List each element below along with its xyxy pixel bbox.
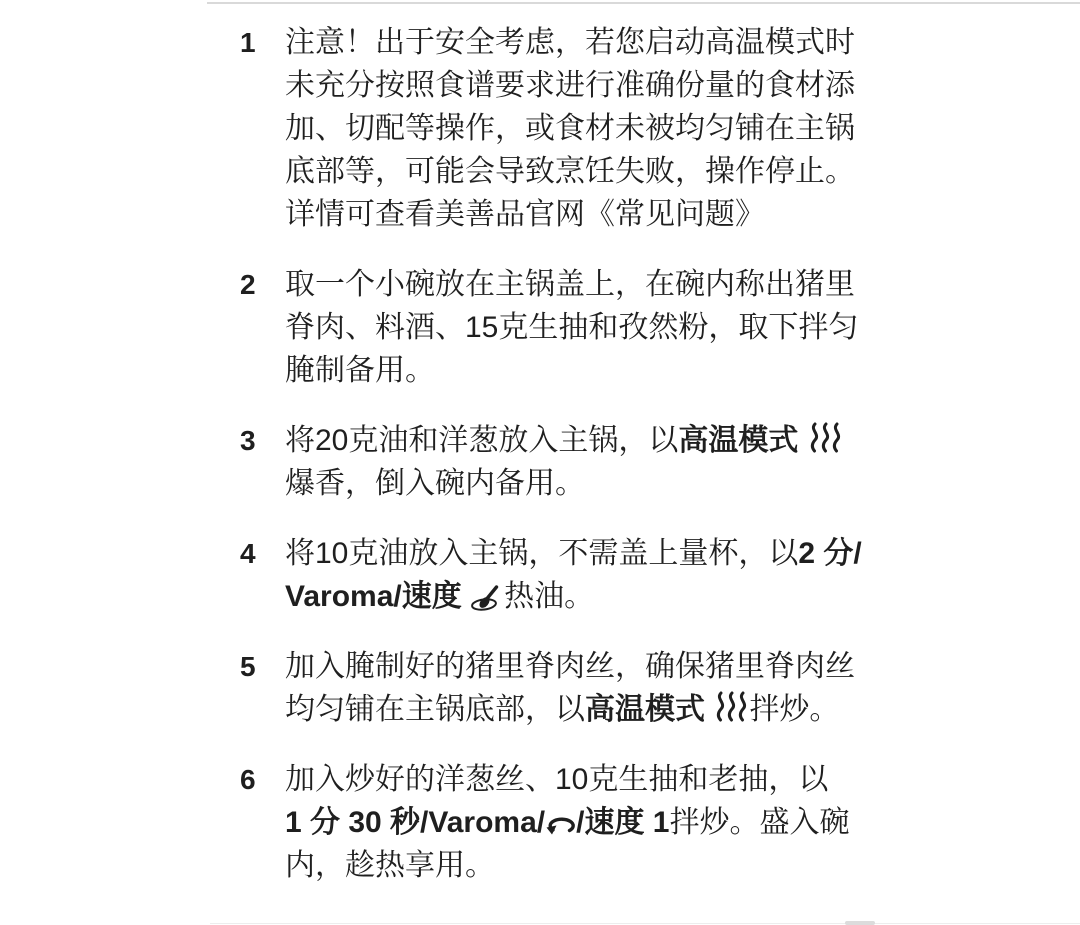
step-text-line: 爆香，倒入碗内备用。 <box>285 462 843 505</box>
step-text-line: 腌制备用。 <box>285 349 858 392</box>
step-text-segment: 拌炒。盛入碗 <box>670 806 850 839</box>
step-text-line: 详情可查看美善品官网《常见问题》 <box>285 193 855 236</box>
step-row: 3将20克油和洋葱放入主锅，以高温模式 爆香，倒入碗内备用。 <box>240 419 1080 505</box>
step-number: 4 <box>240 532 285 618</box>
step-text-segment: /速度 1 <box>576 806 669 839</box>
step-text: 将20克油和洋葱放入主锅，以高温模式 爆香，倒入碗内备用。 <box>285 419 843 505</box>
step-text: 加入炒好的洋葱丝、10克生抽和老抽，以1 分 30 秒/Varoma//速度 1… <box>285 758 850 887</box>
step-text-line: 均匀铺在主锅底部，以高温模式 拌炒。 <box>285 688 855 731</box>
step-number: 3 <box>240 419 285 505</box>
step-text-line: 注意！出于安全考虑，若您启动高温模式时 <box>285 21 855 64</box>
top-divider <box>207 2 1080 4</box>
step-text-segment: 内，趁热享用。 <box>285 849 495 882</box>
step-text-line: 1 分 30 秒/Varoma//速度 1拌炒。盛入碗 <box>285 801 850 844</box>
step-text-segment: 注意！出于安全考虑，若您启动高温模式时 <box>285 26 855 59</box>
step-text-segment: 加、切配等操作，或食材未被均匀铺在主锅 <box>285 112 855 145</box>
step-text-line: 加入腌制好的猪里脊肉丝，确保猪里脊肉丝 <box>285 645 855 688</box>
step-number: 2 <box>240 263 285 392</box>
step-text-line: 加入炒好的洋葱丝、10克生抽和老抽，以 <box>285 758 850 801</box>
bottom-divider-notch <box>845 921 875 925</box>
step-text-segment: Varoma/速度 <box>285 580 470 613</box>
step-text-segment: 高温模式 <box>678 424 806 457</box>
recipe-steps-scroll-area[interactable]: 1注意！出于安全考虑，若您启动高温模式时未充分按照食谱要求进行准确份量的食材添加… <box>0 0 1080 887</box>
step-text-segment: 未充分按照食谱要求进行准确份量的食材添 <box>285 69 855 102</box>
bottom-divider <box>210 923 1080 924</box>
step-text-line: 将10克油放入主锅，不需盖上量杯，以2 分/ <box>285 532 862 575</box>
step-number: 1 <box>240 21 285 236</box>
step-text-segment: 爆香，倒入碗内备用。 <box>285 467 585 500</box>
step-text-segment: 均匀铺在主锅底部，以 <box>285 693 585 726</box>
step-text: 将10克油放入主锅，不需盖上量杯，以2 分/Varoma/速度 热油。 <box>285 532 862 618</box>
step-text-segment: 热油。 <box>504 580 594 613</box>
step-text-segment: 将20克油和洋葱放入主锅，以 <box>285 424 678 457</box>
step-text-segment: 1 分 30 秒/Varoma/ <box>285 806 545 839</box>
step-text-line: 底部等，可能会导致烹饪失败，操作停止。 <box>285 150 855 193</box>
step-row: 4将10克油放入主锅，不需盖上量杯，以2 分/Varoma/速度 热油。 <box>240 532 1080 618</box>
step-text-segment: 脊肉、料酒、15克生抽和孜然粉，取下拌匀 <box>285 311 858 344</box>
step-text-segment: 加入炒好的洋葱丝、10克生抽和老抽，以 <box>285 763 828 796</box>
step-text-line: 脊肉、料酒、15克生抽和孜然粉，取下拌匀 <box>285 306 858 349</box>
step-text-segment: 将10克油放入主锅，不需盖上量杯，以 <box>285 537 798 570</box>
spoon-stir-icon <box>470 585 504 612</box>
step-text-segment: 加入腌制好的猪里脊肉丝，确保猪里脊肉丝 <box>285 650 855 683</box>
step-text-line: 加、切配等操作，或食材未被均匀铺在主锅 <box>285 107 855 150</box>
reverse-rotation-icon <box>545 814 576 835</box>
step-text-segment: 详情可查看美善品官网《常见问题》 <box>285 198 765 231</box>
step-text: 加入腌制好的猪里脊肉丝，确保猪里脊肉丝均匀铺在主锅底部，以高温模式 拌炒。 <box>285 645 855 731</box>
step-number: 6 <box>240 758 285 887</box>
step-row: 1注意！出于安全考虑，若您启动高温模式时未充分按照食谱要求进行准确份量的食材添加… <box>240 21 1080 236</box>
step-text-line: 内，趁热享用。 <box>285 844 850 887</box>
step-text-line: Varoma/速度 热油。 <box>285 575 862 618</box>
step-text: 注意！出于安全考虑，若您启动高温模式时未充分按照食谱要求进行准确份量的食材添加、… <box>285 21 855 236</box>
high-temp-mode-icon <box>807 422 843 453</box>
step-number: 5 <box>240 645 285 731</box>
step-text-line: 取一个小碗放在主锅盖上，在碗内称出猪里 <box>285 263 858 306</box>
step-text-segment: 高温模式 <box>585 693 713 726</box>
high-temp-mode-icon <box>713 691 749 722</box>
step-row: 2取一个小碗放在主锅盖上，在碗内称出猪里脊肉、料酒、15克生抽和孜然粉，取下拌匀… <box>240 263 1080 392</box>
step-text-segment: 拌炒。 <box>749 693 839 726</box>
step-text-line: 将20克油和洋葱放入主锅，以高温模式 <box>285 419 843 462</box>
step-row: 6加入炒好的洋葱丝、10克生抽和老抽，以1 分 30 秒/Varoma//速度 … <box>240 758 1080 887</box>
step-text-segment: 2 分/ <box>798 537 861 570</box>
step-text-line: 未充分按照食谱要求进行准确份量的食材添 <box>285 64 855 107</box>
step-row: 5加入腌制好的猪里脊肉丝，确保猪里脊肉丝均匀铺在主锅底部，以高温模式 拌炒。 <box>240 645 1080 731</box>
step-text-segment: 取一个小碗放在主锅盖上，在碗内称出猪里 <box>285 268 855 301</box>
step-text-segment: 腌制备用。 <box>285 354 435 387</box>
step-text-segment: 底部等，可能会导致烹饪失败，操作停止。 <box>285 155 855 188</box>
step-text: 取一个小碗放在主锅盖上，在碗内称出猪里脊肉、料酒、15克生抽和孜然粉，取下拌匀腌… <box>285 263 858 392</box>
